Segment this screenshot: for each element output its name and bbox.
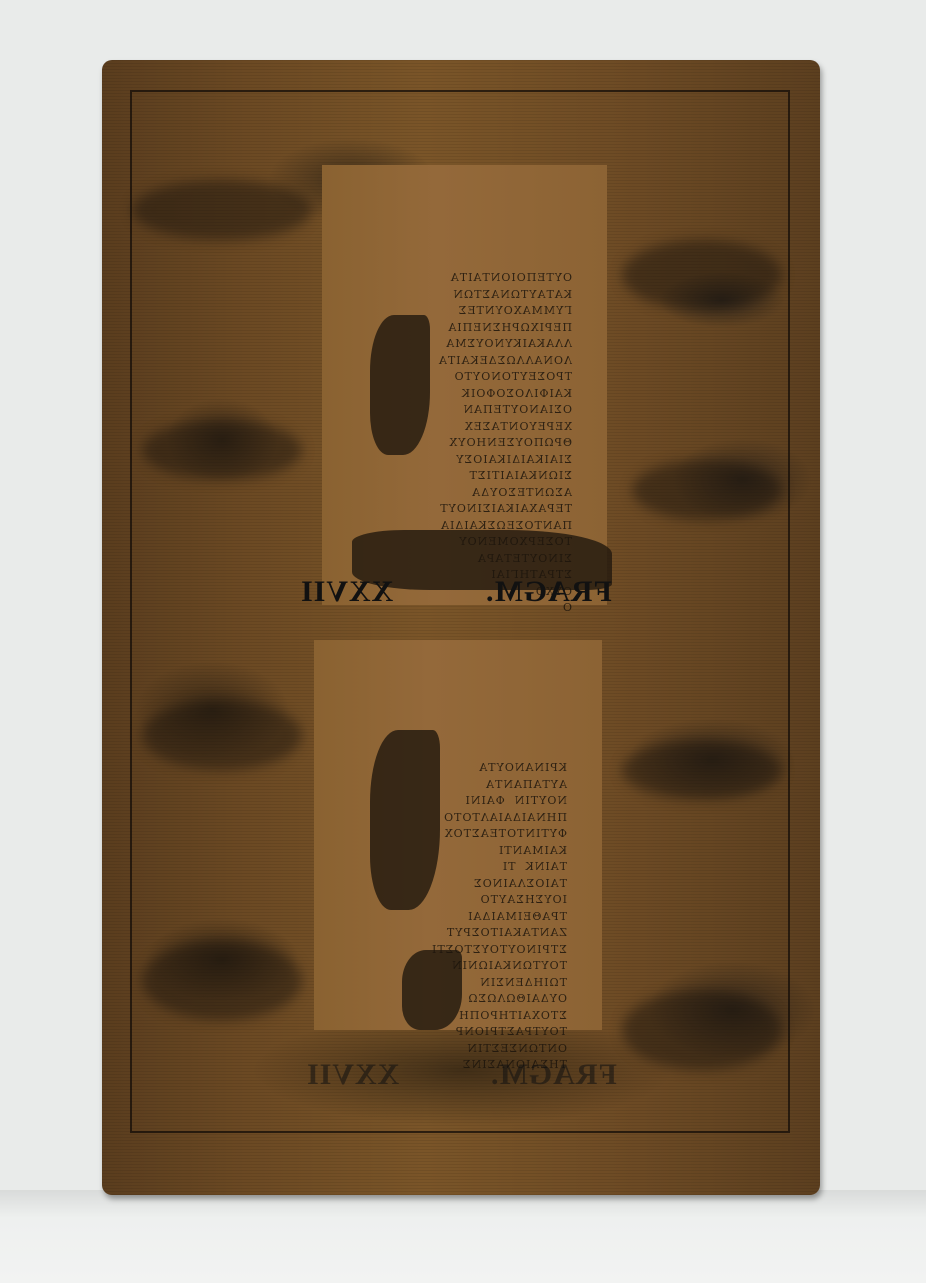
tarnish-stain: [622, 990, 782, 1070]
caption-numeral-bottom: XXVII: [306, 1058, 399, 1092]
background-surface: [0, 1190, 926, 1283]
tarnish-stain: [632, 460, 782, 520]
caption-fragm-middle: FRAGM.: [485, 575, 612, 609]
greek-text-top: ΟΥΤΕΠΟΙΟΝΤΑΙΤΑ ΚΑΤΑΥΤΩΝΑΣΤΩΝ ΓΥΜΜΑΧΟΥΝΤΕ…: [372, 270, 572, 617]
caption-fragm-bottom: FRAGM.: [490, 1058, 617, 1092]
copper-plate: ΟΥΤΕΠΟΙΟΝΤΑΙΤΑ ΚΑΤΑΥΤΩΝΑΣΤΩΝ ΓΥΜΜΑΧΟΥΝΤΕ…: [102, 60, 820, 1195]
tarnish-stain: [142, 700, 302, 770]
tarnish-stain: [132, 180, 312, 240]
tarnish-stain: [142, 940, 302, 1020]
tarnish-stain: [142, 420, 302, 480]
tarnish-stain: [622, 240, 782, 310]
caption-numeral-middle: XXVII: [300, 575, 393, 609]
tarnish-stain: [622, 740, 782, 800]
greek-text-bottom: ΚΡΙΝΑΝΟΥΤΑ ΑΥΤΑΠΑΝΤΑ ΝΟΥΤΙΝ ΦΑΙΝΙ ΠΗΝΑΙΔ…: [367, 760, 567, 1074]
